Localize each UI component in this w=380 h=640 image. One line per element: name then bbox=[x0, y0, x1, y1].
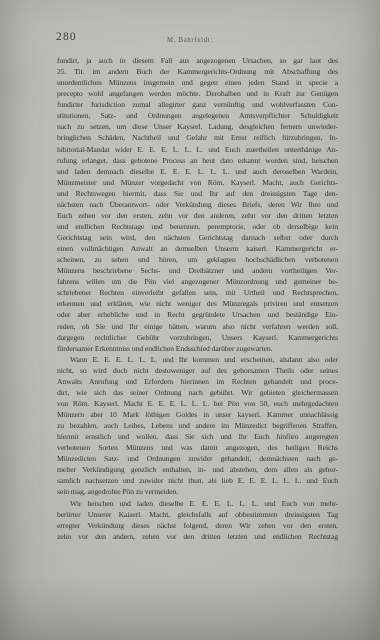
text-line: rufung erlanget, dass gebotene Process a… bbox=[57, 155, 338, 166]
text-line: bringlichen Schäden, Nachtheil und Gefah… bbox=[57, 132, 338, 143]
text-line: nach zu setzen, um diese Unser Kayserl. … bbox=[57, 121, 338, 132]
text-line: unordentlichen Münzens insgemein und geg… bbox=[57, 77, 338, 88]
text-line: stitutionen, Satz- und Ordnungen angeleg… bbox=[57, 110, 338, 121]
text-line: hiermit ernstlich und wollen, dass Sie s… bbox=[57, 431, 338, 442]
text-line: oder aber erhebliche und in Recht gegrün… bbox=[57, 309, 338, 320]
text-line: precepto wohl angefangen werden möchte. … bbox=[57, 88, 338, 99]
text-line: dirt, wie sich das seiner Ordnung nach g… bbox=[57, 387, 338, 398]
paragraph: fundirt, ja auch in diesem Fall aus ange… bbox=[57, 55, 338, 354]
text-line: und laden demnach dieselbe E. E. E. L. L… bbox=[57, 166, 338, 177]
text-line: schriebener Rechten einverleibt gefallen… bbox=[57, 287, 338, 298]
text-line: nächsten nach Überantwort- oder Verkündu… bbox=[57, 199, 338, 210]
text-line: Gerichtstag sein wird, den nächsten Geri… bbox=[57, 232, 338, 243]
text-line: fürdersamer Erkenntniss und endlichen En… bbox=[57, 343, 338, 354]
text-line: und endlichen Rechtstage und benennen, p… bbox=[57, 221, 338, 232]
text-line: sein mag, angedrohte Pön zu vermeiden. bbox=[57, 486, 338, 497]
text-line: dargegen rechtlicher Gebühr vorzubringen… bbox=[57, 332, 338, 343]
text-line: erkennen und erklären, wie nicht weniger… bbox=[57, 298, 338, 309]
text-line: 25. Tit. im andern Buch der Kammergerich… bbox=[57, 66, 338, 77]
text-line: Wir heischen und laden dieselbe E. E. E.… bbox=[57, 498, 338, 509]
text-line: fundirt, ja auch in diesem Fall aus ange… bbox=[57, 55, 338, 66]
text-line: Wann E. E. E. L. L. L. und Ihr kommen un… bbox=[57, 354, 338, 365]
text-line: von Röm. Kayserl. Macht E. E. E. L. L. L… bbox=[57, 398, 338, 409]
text-line: Münzern aber 10 Mark löthigen Goldes in … bbox=[57, 409, 338, 420]
text-line: hibitorial-Mandat wider E. E. E. L. L. L… bbox=[57, 144, 338, 155]
text-line: zehn vor den andern, zehen vor den dritt… bbox=[57, 531, 338, 542]
book-page: 280 M. Bahrfeldt: fundirt, ja auch in di… bbox=[0, 0, 380, 640]
page-body: fundirt, ja auch in diesem Fall aus ange… bbox=[57, 55, 338, 542]
text-line: Münzedicten Satz- und Ordnungen zuwider … bbox=[57, 453, 338, 464]
text-line: reden, ob Sie und Ihr einige hätten, war… bbox=[57, 321, 338, 332]
text-line: Münzmeister und Münzer vorgedacht von Rö… bbox=[57, 177, 338, 188]
text-line: fundirter Jurisdiction zumal allegirter … bbox=[57, 99, 338, 110]
text-line: fahrens willen um die Pön viel angezogen… bbox=[57, 276, 338, 287]
text-line: scheinen, zu sehen und hören, um geklagt… bbox=[57, 254, 338, 265]
text-line: und Rechtswegen hiermit, dass Sie und Ih… bbox=[57, 188, 338, 199]
text-line: melter Verkündigung genzlich enthalten, … bbox=[57, 464, 338, 475]
text-line: Münzens beschriebene Sechs- und Dreibätz… bbox=[57, 265, 338, 276]
text-line: Anwalts Anrufung und Erfordern hierinnen… bbox=[57, 376, 338, 387]
text-line: berürter Unserer Kaiserl. Macht, gleichs… bbox=[57, 509, 338, 520]
text-line: erregter Verkündung dieses nächst folgen… bbox=[57, 520, 338, 531]
text-line: Euch zehen vor den ersten, zehn vor den … bbox=[57, 210, 338, 221]
text-line: samlich nachsetzen und zuwider nicht thu… bbox=[57, 475, 338, 486]
text-line: verbotenen Sorten Münzens und was damit … bbox=[57, 442, 338, 453]
paragraph: Wir heischen und laden dieselbe E. E. E.… bbox=[57, 498, 338, 542]
text-line: einen vollmächtigen Anwalt an demselben … bbox=[57, 243, 338, 254]
text-line: zu bezahlen, auch Leibes, Lebens und and… bbox=[57, 420, 338, 431]
text-line: nicht, so wird doch nicht destoweniger a… bbox=[57, 365, 338, 376]
running-head-author: M. Bahrfeldt: bbox=[0, 37, 380, 44]
paragraph: Wann E. E. E. L. L. L. und Ihr kommen un… bbox=[57, 354, 338, 498]
